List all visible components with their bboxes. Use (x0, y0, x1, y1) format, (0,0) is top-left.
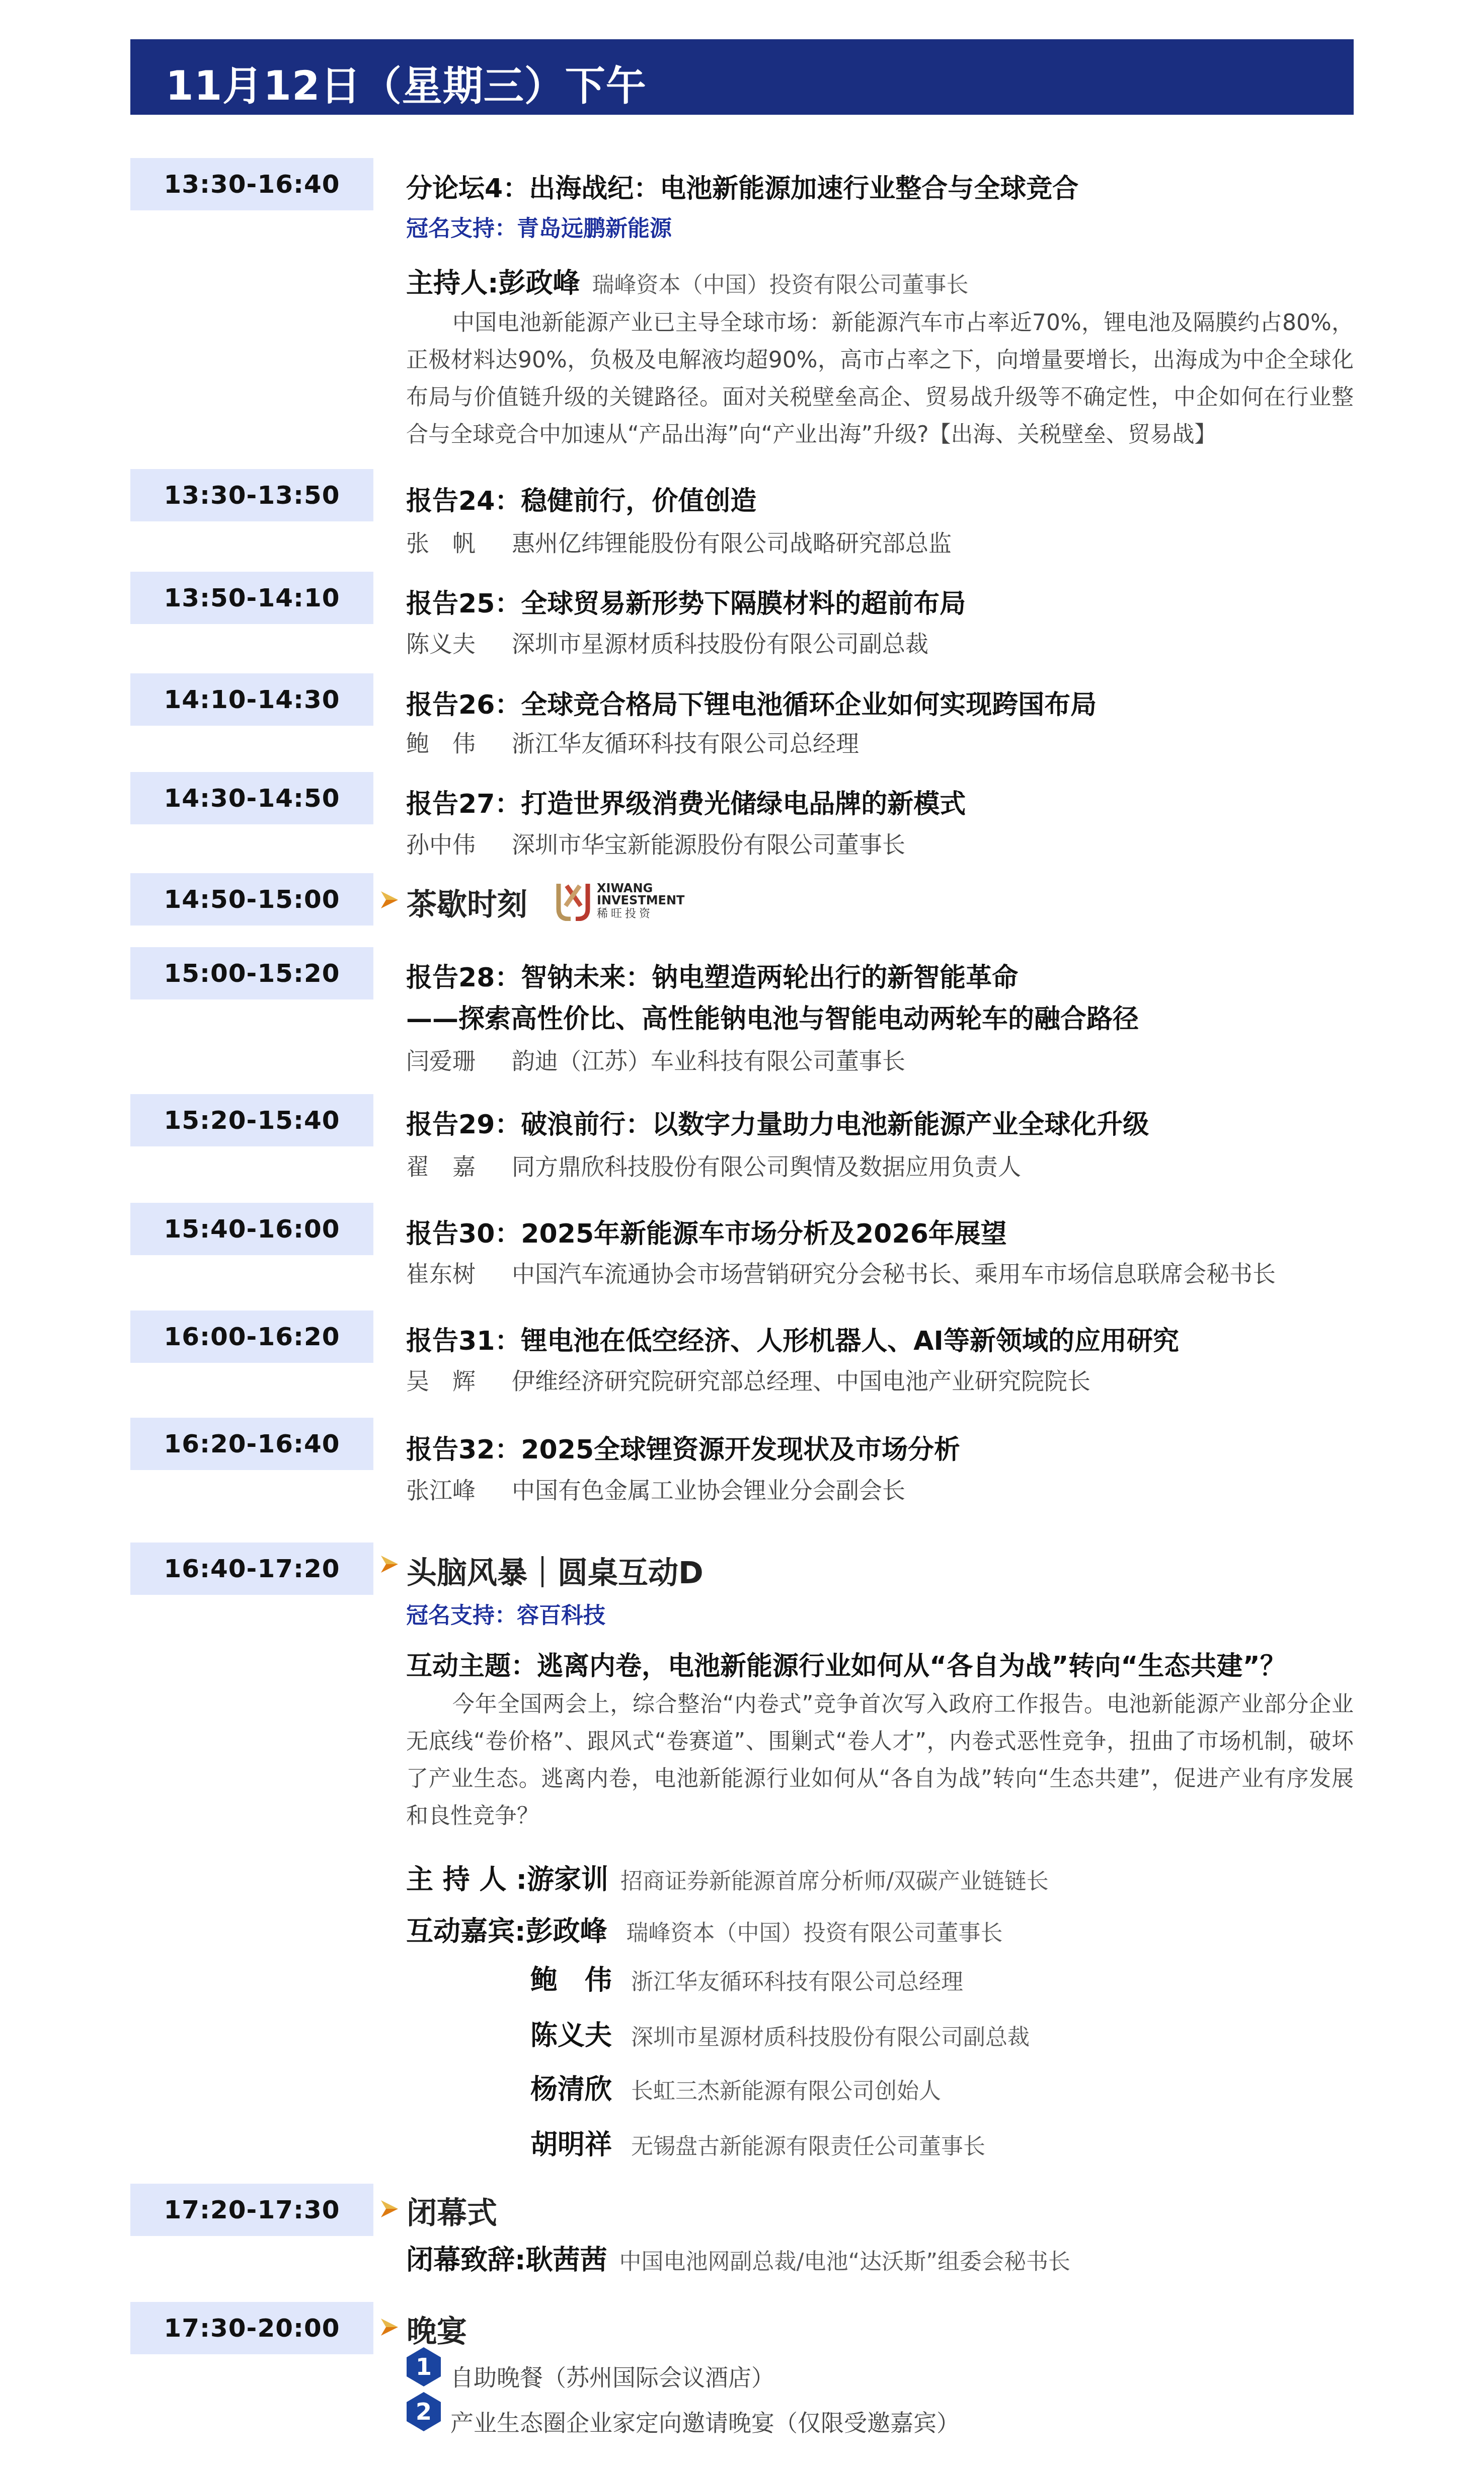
report-28-title: 报告28：智钠未来：钠电塑造两轮出行的新智能革命 (406, 956, 1018, 994)
forum-intro: 中国电池新能源产业已主导全球市场：新能源汽车市占率近70%，锂电池及隔膜约占80… (406, 304, 1354, 453)
banquet-item-2: 产业生态圈企业家定向邀请晚宴（仅限受邀嘉宾） (450, 2405, 960, 2438)
guest-name: 胡明祥 (530, 2123, 631, 2162)
guest-row: 鲍 伟浙江华友循环科技有限公司总经理 (530, 1959, 963, 1997)
xiwang-logo-mark-icon (556, 881, 591, 921)
speaker-org: 同方鼎欣科技股份有限公司舆情及数据应用负责人 (512, 1153, 1021, 1180)
speaker-name: 孙中伟 (406, 826, 512, 860)
time-box-report-25: 13:50-14:10 (130, 572, 373, 624)
guest-row: 胡明祥无锡盘古新能源有限责任公司董事长 (530, 2123, 985, 2162)
report-29-speaker: 翟 嘉同方鼎欣科技股份有限公司舆情及数据应用负责人 (406, 1148, 1021, 1182)
speaker-org: 中国汽车流通协会市场营销研究分会秘书长、乘用车市场信息联席会秘书长 (512, 1260, 1276, 1287)
brainstorm-intro: 今年全国两会上，综合整治“内卷式”竞争首次写入政府工作报告。电池新能源产业部分企… (406, 1686, 1354, 1835)
xiwang-investment-logo: XIWANG INVESTMENT 稀旺投资 (556, 878, 684, 923)
time-box-report-28: 15:00-15:20 (130, 947, 373, 999)
badge-number: 1 (407, 2347, 441, 2386)
report-31-title: 报告31：锂电池在低空经济、人形机器人、AI等新领域的应用研究 (406, 1320, 1179, 1357)
speaker-name: 鲍 伟 (406, 725, 512, 758)
number-badge-1: 1 (407, 2347, 441, 2386)
time-box-brainstorm: 16:40-17:20 (130, 1543, 373, 1595)
time-box-report-24: 13:30-13:50 (130, 469, 373, 521)
speaker-org: 韵迪（江苏）车业科技有限公司董事长 (512, 1047, 905, 1074)
time-box-closing: 17:20-17:30 (130, 2184, 373, 2236)
forum-sponsor: 冠名支持：青岛远鹏新能源 (406, 210, 672, 243)
report-27-speaker: 孙中伟深圳市华宝新能源股份有限公司董事长 (406, 826, 905, 860)
report-25-speaker: 陈义夫深圳市星源材质科技股份有限公司副总裁 (406, 626, 928, 659)
guest-org: 无锡盘古新能源有限责任公司董事长 (631, 2134, 985, 2160)
date-header: 11月12日（星期三）下午 (130, 39, 1354, 115)
guest-name: 杨清欣 (530, 2068, 631, 2107)
time-box-report-32: 16:20-16:40 (130, 1418, 373, 1470)
tea-break-title: 茶歇时刻 (407, 881, 527, 924)
forum-host: 主持人:彭政峰瑞峰资本（中国）投资有限公司董事长 (406, 262, 969, 300)
closing-speech: 闭幕致辞:耿茜茜中国电池网副总裁/电池“达沃斯”组委会秘书长 (406, 2239, 1070, 2277)
guest-org: 长虹三杰新能源有限公司创始人 (631, 2078, 941, 2104)
banquet-item-1: 自助晚餐（苏州国际会议酒店） (450, 2359, 774, 2393)
report-26-title: 报告26：全球竞合格局下锂电池循环企业如何实现跨国布局 (406, 683, 1097, 721)
report-24-speaker: 张 帆惠州亿纬锂能股份有限公司战略研究部总监 (406, 525, 952, 558)
guest-name: 彭政峰 (526, 1910, 627, 1949)
closing-speech-label: 闭幕致辞:耿茜茜 (406, 2244, 607, 2276)
report-25-title: 报告25：全球贸易新形势下隔膜材料的超前布局 (406, 582, 966, 620)
closing-speech-org: 中国电池网副总裁/电池“达沃斯”组委会秘书长 (619, 2249, 1070, 2275)
speaker-name: 张江峰 (406, 1472, 512, 1505)
closing-title: 闭幕式 (407, 2189, 497, 2232)
guest-row: 杨清欣长虹三杰新能源有限公司创始人 (530, 2068, 941, 2107)
report-27-title: 报告27：打造世界级消费光储绿电品牌的新模式 (406, 783, 966, 820)
time-box-report-27: 14:30-14:50 (130, 772, 373, 824)
speaker-name: 闫爱珊 (406, 1043, 512, 1076)
time-box-report-31: 16:00-16:20 (130, 1310, 373, 1363)
speaker-name: 张 帆 (406, 525, 512, 558)
brainstorm-title: 头脑风暴｜圆桌互动D (407, 1549, 704, 1592)
report-28-speaker: 闫爱珊韵迪（江苏）车业科技有限公司董事长 (406, 1043, 905, 1076)
report-24-title: 报告24：稳健前行，价值创造 (406, 480, 756, 517)
speaker-org: 伊维经济研究院研究部总经理、中国电池产业研究院院长 (512, 1367, 1090, 1395)
report-32-speaker: 张江峰中国有色金属工业协会锂业分会副会长 (406, 1472, 905, 1505)
report-32-title: 报告32：2025全球锂资源开发现状及市场分析 (406, 1428, 960, 1466)
brainstorm-sponsor: 冠名支持：容百科技 (406, 1597, 605, 1630)
time-box-banquet: 17:30-20:00 (130, 2302, 373, 2354)
speaker-org: 惠州亿纬锂能股份有限公司战略研究部总监 (512, 529, 952, 557)
speaker-org: 浙江华友循环科技有限公司总经理 (512, 730, 859, 757)
guest-name: 陈义夫 (530, 2014, 631, 2053)
report-26-speaker: 鲍 伟浙江华友循环科技有限公司总经理 (406, 725, 859, 758)
forum-host-label: 主持人:彭政峰 (406, 267, 580, 299)
speaker-org: 深圳市华宝新能源股份有限公司董事长 (512, 831, 905, 858)
guest-org: 浙江华友循环科技有限公司总经理 (631, 1969, 963, 1995)
number-badge-2: 2 (407, 2392, 441, 2431)
badge-number: 2 (407, 2392, 441, 2431)
arrow-right-icon (381, 2200, 398, 2217)
guest-row: 互动嘉宾:彭政峰瑞峰资本（中国）投资有限公司董事长 (406, 1910, 1003, 1949)
brainstorm-host: 主 持 人 :游家训招商证券新能源首席分析师/双碳产业链链长 (406, 1858, 1049, 1897)
speaker-org: 深圳市星源材质科技股份有限公司副总裁 (512, 630, 928, 657)
brainstorm-host-org: 招商证券新能源首席分析师/双碳产业链链长 (620, 1869, 1049, 1894)
time-box-tea-break: 14:50-15:00 (130, 873, 373, 926)
report-30-title: 报告30：2025年新能源车市场分析及2026年展望 (406, 1212, 1007, 1250)
arrow-right-icon (381, 1556, 398, 1573)
report-28-subtitle: ——探索高性价比、高性能钠电池与智能电动两轮车的融合路径 (406, 997, 1139, 1035)
logo-en-line-1: XIWANG (597, 882, 684, 894)
time-box-report-26: 14:10-14:30 (130, 673, 373, 726)
guests-label: 互动嘉宾: (406, 1915, 526, 1947)
banquet-title: 晚宴 (407, 2307, 467, 2351)
speaker-org: 中国有色金属工业协会锂业分会副会长 (512, 1477, 905, 1504)
time-box-report-30: 15:40-16:00 (130, 1203, 373, 1255)
logo-en-line-2: INVESTMENT (597, 894, 684, 906)
speaker-name: 翟 嘉 (406, 1148, 512, 1182)
date-header-title: 11月12日（星期三）下午 (166, 53, 647, 111)
guest-org: 瑞峰资本（中国）投资有限公司董事长 (627, 1920, 1003, 1946)
forum-host-org: 瑞峰资本（中国）投资有限公司董事长 (592, 272, 969, 298)
arrow-right-icon (381, 891, 398, 908)
report-30-speaker: 崔东树中国汽车流通协会市场营销研究分会秘书长、乘用车市场信息联席会秘书长 (406, 1256, 1276, 1289)
forum-title: 分论坛4：出海战纪：电池新能源加速行业整合与全球竞合 (406, 167, 1078, 205)
speaker-name: 吴 辉 (406, 1363, 512, 1396)
arrow-right-icon (381, 2319, 398, 2336)
logo-text: XIWANG INVESTMENT 稀旺投资 (597, 882, 684, 919)
speaker-name: 陈义夫 (406, 626, 512, 659)
report-31-speaker: 吴 辉伊维经济研究院研究部总经理、中国电池产业研究院院长 (406, 1363, 1090, 1396)
guest-org: 深圳市星源材质科技股份有限公司副总裁 (631, 2025, 1030, 2050)
speaker-name: 崔东树 (406, 1256, 512, 1289)
report-29-title: 报告29：破浪前行：以数字力量助力电池新能源产业全球化升级 (406, 1103, 1149, 1141)
brainstorm-host-label: 主 持 人 :游家训 (406, 1864, 608, 1895)
guest-name: 鲍 伟 (530, 1959, 631, 1997)
guest-row: 陈义夫深圳市星源材质科技股份有限公司副总裁 (530, 2014, 1030, 2053)
time-box-forum: 13:30-16:40 (130, 158, 373, 210)
logo-cn: 稀旺投资 (597, 908, 684, 919)
time-box-report-29: 15:20-15:40 (130, 1094, 373, 1146)
brainstorm-theme: 互动主题：逃离内卷，电池新能源行业如何从“各自为战”转向“生态共建”？ (406, 1645, 1286, 1682)
